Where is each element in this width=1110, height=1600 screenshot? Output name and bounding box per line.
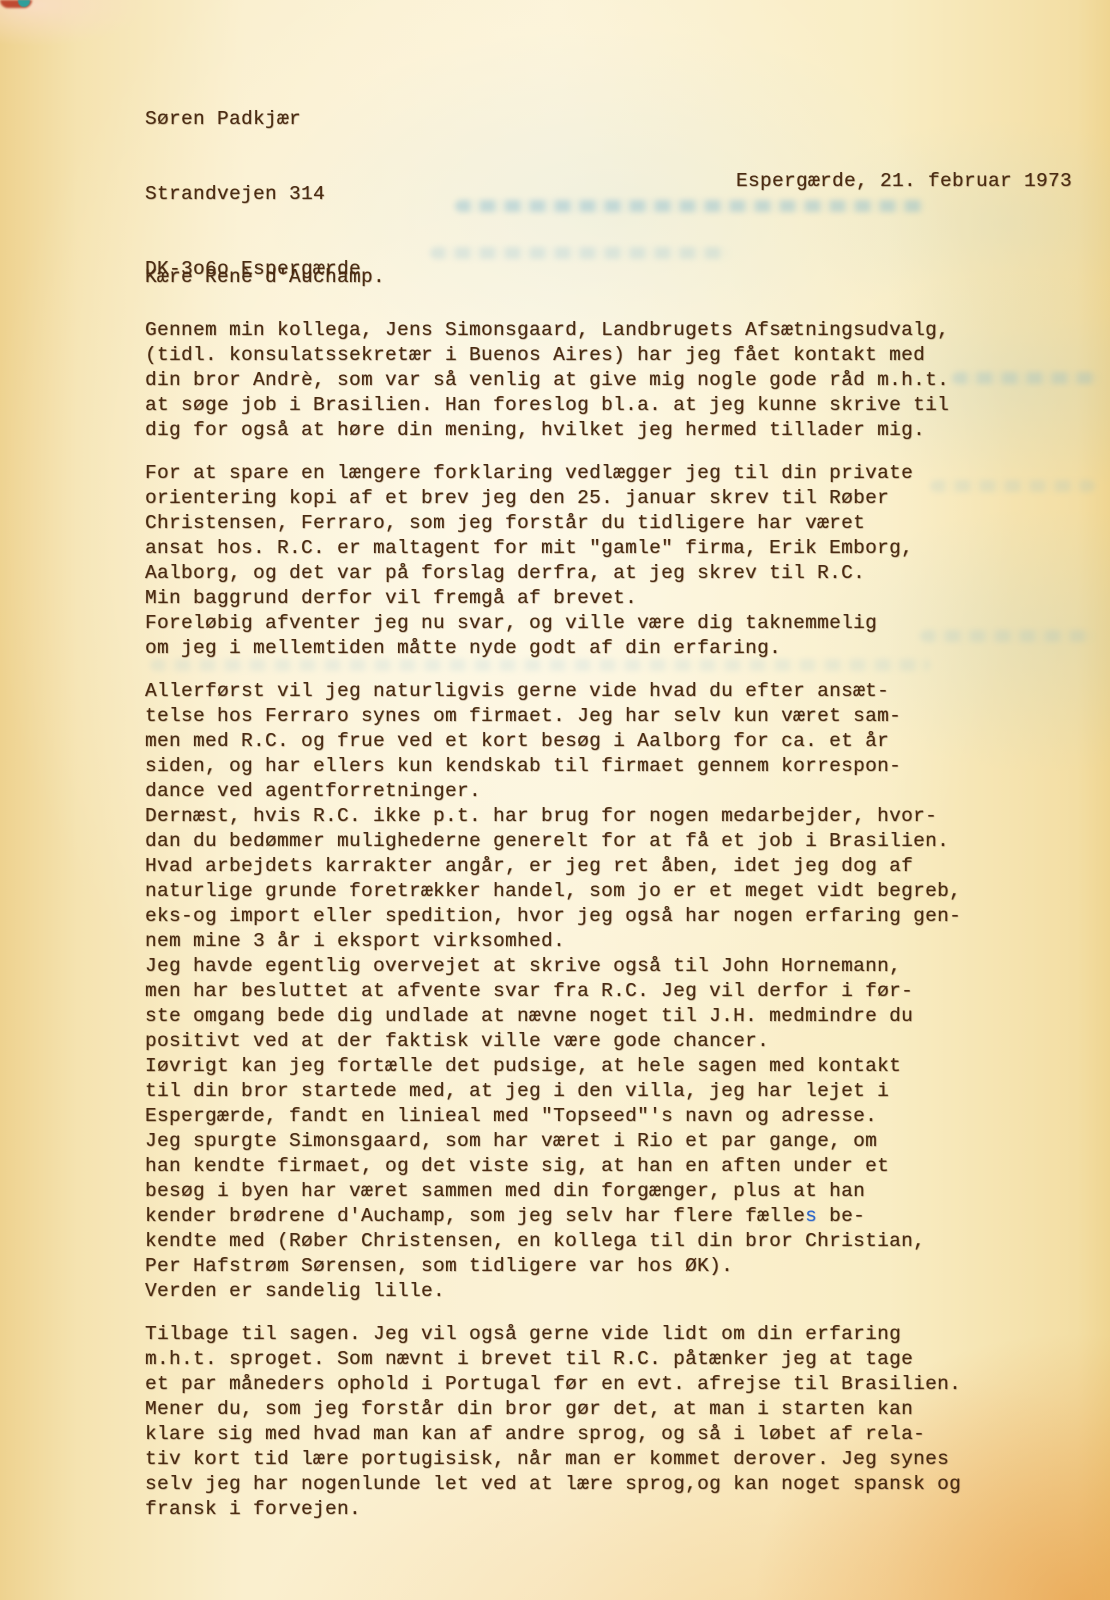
letter-line: ansat hos. R.C. er maltagent for mit "ga… (145, 536, 1075, 561)
letter-line: men med R.C. og frue ved et kort besøg i… (145, 729, 1075, 754)
letter-paragraph: Gennem min kollega, Jens Simonsgaard, La… (145, 318, 1075, 443)
letter-line: Espergærde, fandt en linieal med "Topsee… (145, 1104, 1075, 1129)
letter-line: Christensen, Ferraro, som jeg forstår du… (145, 511, 1075, 536)
letter-line: Mener du, som jeg forstår din bror gør d… (145, 1397, 1075, 1422)
letter-line: klare sig med hvad man kan af andre spro… (145, 1422, 1075, 1447)
handwritten-ink-correction: s (805, 1205, 817, 1227)
letter-line: Min baggrund derfor vil fremgå af brevet… (145, 586, 1075, 611)
letter-line: ste omgang bede dig undlade at nævne nog… (145, 1004, 1075, 1029)
letter-line: (tidl. konsulatssekretær i Buenos Aires)… (145, 343, 1075, 368)
letter-line: Hvad arbejdets karrakter angår, er jeg r… (145, 854, 1075, 879)
letter-line: dan du bedømmer mulighederne generelt fo… (145, 829, 1075, 854)
bleed-through-smudge (430, 247, 730, 259)
letter-line: at søge job i Brasilien. Han foreslog bl… (145, 393, 1075, 418)
letter-line: naturlige grunde foretrækker handel, som… (145, 879, 1075, 904)
letter-line: Allerførst vil jeg naturligvis gerne vid… (145, 679, 1075, 704)
letter-line: Per Hafstrøm Sørensen, som tidligere var… (145, 1254, 1075, 1279)
letter-line: eks-og import eller spedition, hvor jeg … (145, 904, 1075, 929)
letter-line: Verden er sandelig lille. (145, 1279, 1075, 1304)
letter-body: Gennem min kollega, Jens Simonsgaard, La… (145, 318, 1075, 1540)
letter-line: til din bror startede med, at jeg i den … (145, 1079, 1075, 1104)
letter-line: dig for også at høre din mening, hvilket… (145, 418, 1075, 443)
letter-line: Jeg havde egentlig overvejet at skrive o… (145, 954, 1075, 979)
letter-line: nem mine 3 år i eksport virksomhed. (145, 929, 1075, 954)
letter-line: men har besluttet at afvente svar fra R.… (145, 979, 1075, 1004)
dateline: Espergærde, 21. februar 1973 (736, 169, 1072, 194)
letter-line: Dernæst, hvis R.C. ikke p.t. har brug fo… (145, 804, 1075, 829)
bleed-through-smudge (455, 200, 925, 212)
letter-line: siden, og har ellers kun kendskab til fi… (145, 754, 1075, 779)
letter-line: Gennem min kollega, Jens Simonsgaard, La… (145, 318, 1075, 343)
letter-line: besøg i byen har været sammen med din fo… (145, 1179, 1075, 1204)
letter-paragraph: Tilbage til sagen. Jeg vil også gerne vi… (145, 1322, 1075, 1522)
letter-line: Jeg spurgte Simonsgaard, som har været i… (145, 1129, 1075, 1154)
letter-line: telse hos Ferraro synes om firmaet. Jeg … (145, 704, 1075, 729)
letter-line: fransk i forvejen. (145, 1497, 1075, 1522)
letter-paragraph: For at spare en længere forklaring vedlæ… (145, 461, 1075, 661)
letter-line: Tilbage til sagen. Jeg vil også gerne vi… (145, 1322, 1075, 1347)
letter-line: Foreløbig afventer jeg nu svar, og ville… (145, 611, 1075, 636)
letter-line: tiv kort tid lære portugisisk, når man e… (145, 1447, 1075, 1472)
letter-line: din bror Andrè, som var så venlig at giv… (145, 368, 1075, 393)
letter-page: Søren Padkjær Strandvejen 314 DK-3o6o Es… (0, 0, 1110, 1600)
letter-line: selv jeg har nogenlunde let ved at lære … (145, 1472, 1075, 1497)
letter-line: han kendte firmaet, og det viste sig, at… (145, 1154, 1075, 1179)
letter-line: m.h.t. sproget. Som nævnt i brevet til R… (145, 1347, 1075, 1372)
letter-paragraph: Allerførst vil jeg naturligvis gerne vid… (145, 679, 1075, 1304)
sender-name: Søren Padkjær (145, 107, 361, 132)
sender-address-block: Søren Padkjær Strandvejen 314 DK-3o6o Es… (145, 57, 361, 332)
letter-line: positivt ved at der faktisk ville være g… (145, 1029, 1075, 1054)
letter-line: kender brødrene d'Auchamp, som jeg selv … (145, 1204, 1075, 1229)
letter-line: et par måneders ophold i Portugal før en… (145, 1372, 1075, 1397)
letter-line: kendte med (Røber Christensen, en kolleg… (145, 1229, 1075, 1254)
letter-line: dance ved agentforretninger. (145, 779, 1075, 804)
sender-street: Strandvejen 314 (145, 182, 361, 207)
letter-line: For at spare en længere forklaring vedlæ… (145, 461, 1075, 486)
letter-line: orientering kopi af et brev jeg den 25. … (145, 486, 1075, 511)
letter-line: om jeg i mellemtiden måtte nyde godt af … (145, 636, 1075, 661)
letter-line: Iøvrigt kan jeg fortælle det pudsige, at… (145, 1054, 1075, 1079)
letter-line: Aalborg, og det var på forslag derfra, a… (145, 561, 1075, 586)
salutation: Kære Renè d'Auchamp. (145, 265, 385, 290)
